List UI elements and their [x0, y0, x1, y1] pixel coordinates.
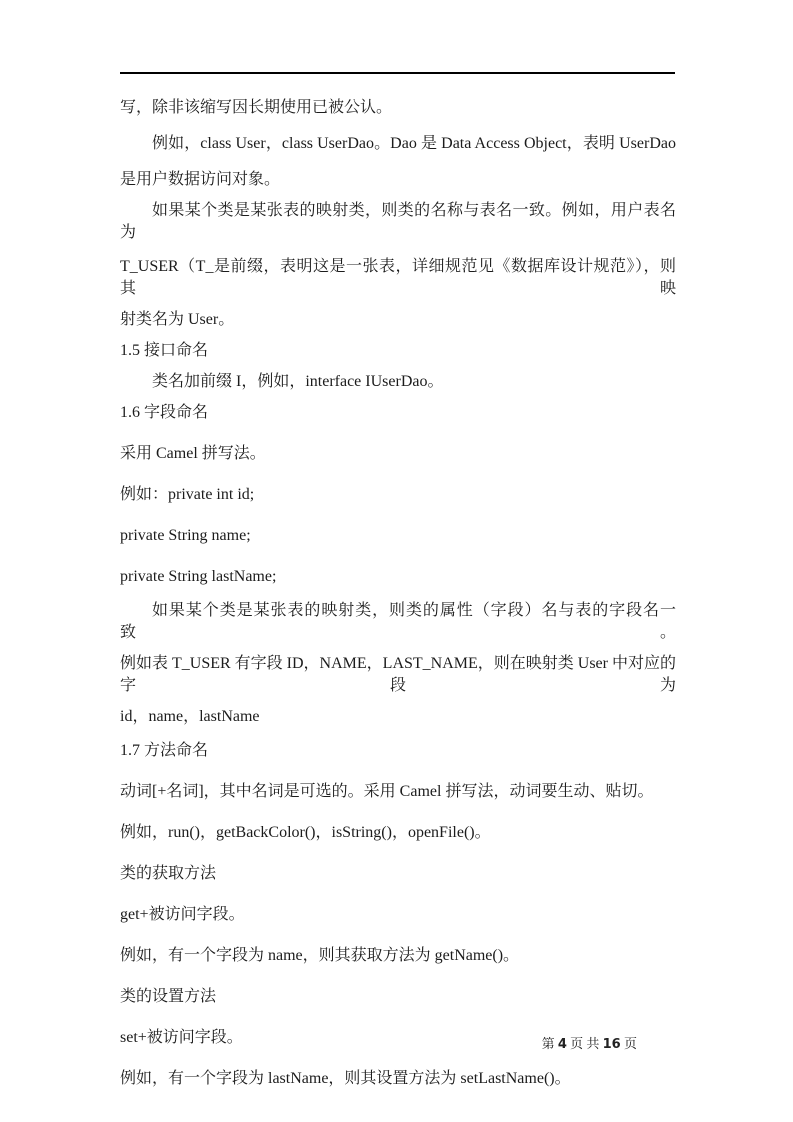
paragraph-line: 是用户数据访问对象。 — [120, 169, 676, 191]
paragraph-line: 例如，有一个字段为 name，则其获取方法为 getName()。 — [120, 945, 676, 967]
paragraph-line: 如果某个类是某张表的映射类，则类的属性（字段）名与表的字段名一致。 — [120, 600, 676, 644]
paragraph-line: 例如，class User，class UserDao。Dao 是 Data A… — [120, 133, 676, 155]
paragraph-line: 如果某个类是某张表的映射类，则类的名称与表名一致。例如，用户表名为 — [120, 200, 676, 244]
paragraph-line: 例如表 T_USER 有字段 ID，NAME，LAST_NAME，则在映射类 U… — [120, 653, 676, 697]
footer-middle: 页 共 — [567, 1036, 603, 1051]
page-footer: 第 4 页 共 16 页 — [542, 1036, 637, 1053]
heading-1-7: 1.7 方法命名 — [120, 740, 676, 762]
footer-total-pages: 16 — [603, 1037, 621, 1052]
document-page: 写，除非该缩写因长期使用已被公认。 例如，class User，class Us… — [0, 0, 793, 1122]
paragraph-line: id，name，lastName — [120, 706, 676, 728]
code-line: private String name; — [120, 525, 676, 547]
paragraph-line: 类名加前缀 I，例如，interface IUserDao。 — [120, 371, 676, 393]
code-line: private String lastName; — [120, 566, 676, 588]
paragraph-line: 类的设置方法 — [120, 986, 676, 1008]
paragraph-line: T_USER（T_是前缀，表明这是一张表，详细规范见《数据库设计规范》），则其映 — [120, 256, 676, 300]
paragraph-line: 动词[+名词]，其中名词是可选的。采用 Camel 拼写法，动词要生动、贴切。 — [120, 781, 676, 803]
paragraph-line: 类的获取方法 — [120, 863, 676, 885]
paragraph-line: 写，除非该缩写因长期使用已被公认。 — [120, 97, 676, 119]
paragraph-line: 例如，run()，getBackColor()，isString()，openF… — [120, 822, 676, 844]
paragraph-line: 射类名为 User。 — [120, 309, 676, 331]
header-rule — [120, 72, 675, 74]
footer-suffix: 页 — [621, 1036, 637, 1051]
document-body: 写，除非该缩写因长期使用已被公认。 例如，class User，class Us… — [120, 97, 676, 1090]
code-line: 例如：private int id; — [120, 484, 676, 506]
footer-prefix: 第 — [542, 1036, 558, 1051]
paragraph-line: 采用 Camel 拼写法。 — [120, 443, 676, 465]
paragraph-line: 例如，有一个字段为 lastName，则其设置方法为 setLastName()… — [120, 1068, 676, 1090]
paragraph-line: get+被访问字段。 — [120, 904, 676, 926]
heading-1-6: 1.6 字段命名 — [120, 402, 676, 424]
heading-1-5: 1.5 接口命名 — [120, 340, 676, 362]
footer-page-number: 4 — [558, 1037, 567, 1052]
